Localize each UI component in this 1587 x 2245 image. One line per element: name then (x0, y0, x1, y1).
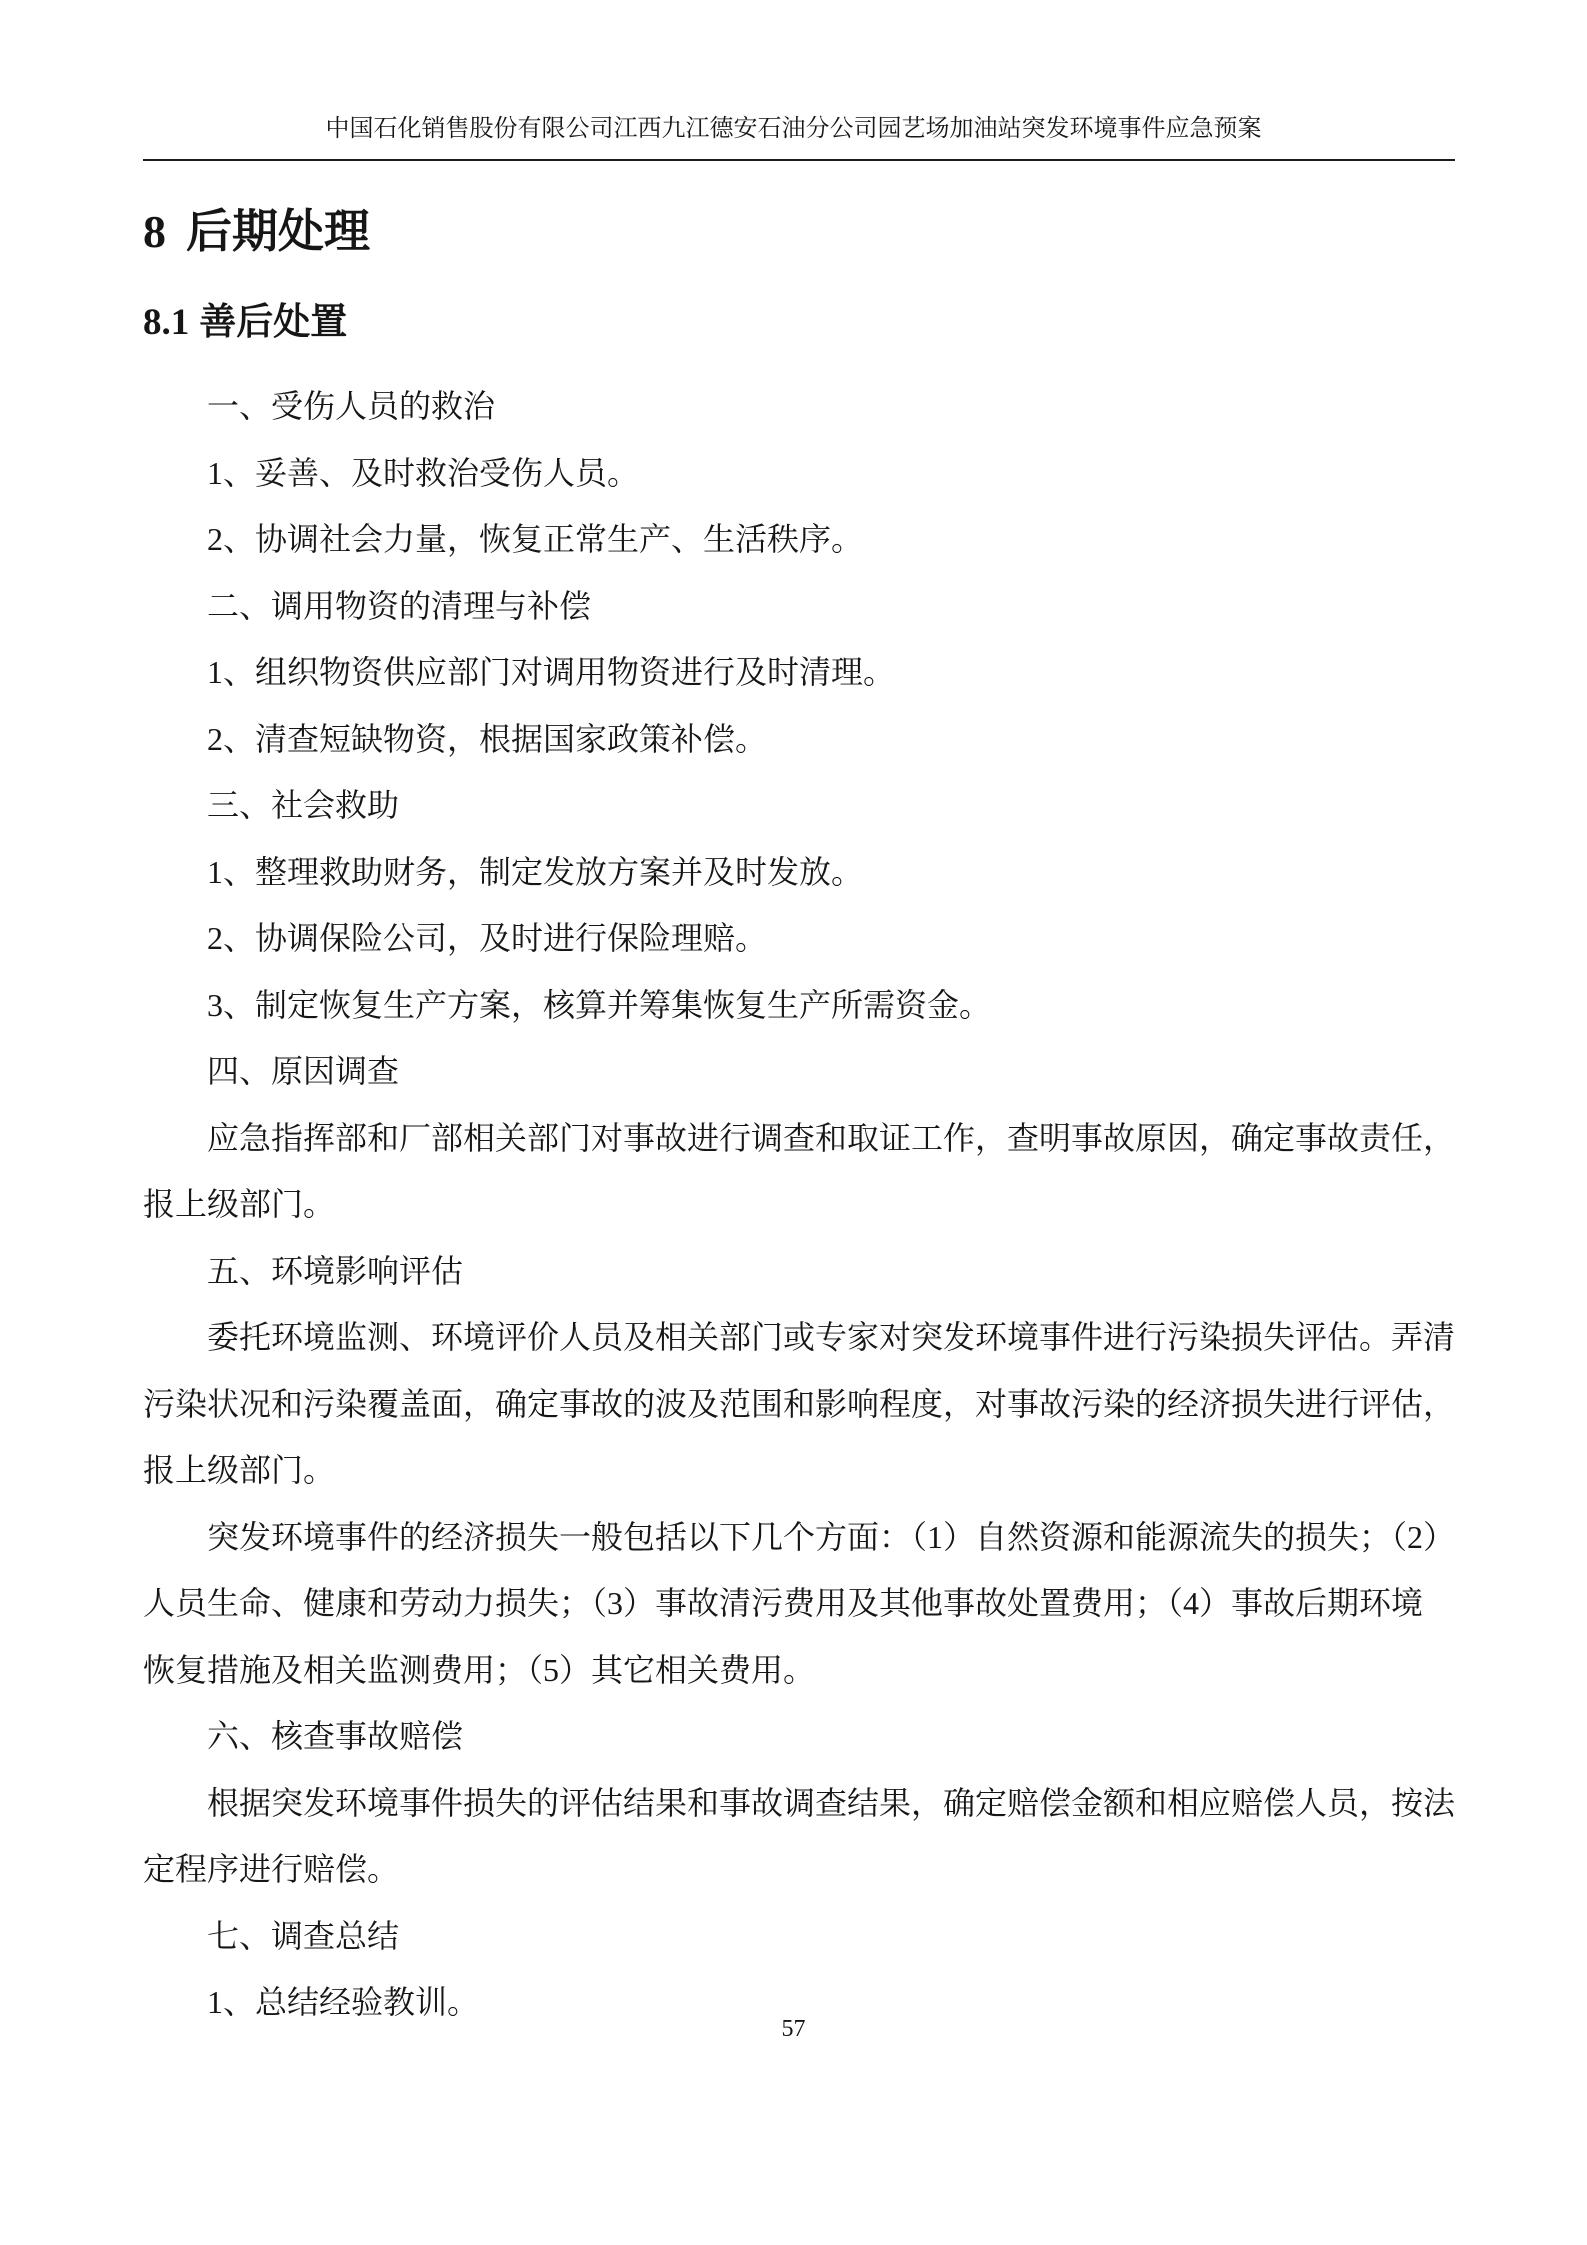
paragraph-line: 恢复措施及相关监测费用；（5）其它相关费用。 (143, 1637, 1455, 1704)
paragraph-line: 突发环境事件的经济损失一般包括以下几个方面：（1）自然资源和能源流失的损失；（2… (143, 1504, 1455, 1571)
paragraph-line: 一、受伤人员的救治 (143, 373, 1455, 440)
section-number: 8.1 (143, 302, 189, 343)
paragraph-line: 污染状况和污染覆盖面，确定事故的波及范围和影响程度，对事故污染的经济损失进行评估… (143, 1371, 1455, 1438)
paragraph-line: 1、妥善、及时救治受伤人员。 (143, 440, 1455, 507)
document-page: 中国石化销售股份有限公司江西九江德安石油分公司园艺场加油站突发环境事件应急预案 … (0, 0, 1587, 2245)
paragraph-line: 应急指挥部和厂部相关部门对事故进行调查和取证工作，查明事故原因，确定事故责任， (143, 1105, 1455, 1172)
paragraph-line: 定程序进行赔偿。 (143, 1836, 1455, 1903)
chapter-title-text: 后期处理 (186, 206, 370, 257)
document-header: 中国石化销售股份有限公司江西九江德安石油分公司园艺场加油站突发环境事件应急预案 (0, 117, 1587, 141)
paragraph-line: 根据突发环境事件损失的评估结果和事故调查结果，确定赔偿金额和相应赔偿人员，按法 (143, 1770, 1455, 1837)
paragraph-line: 人员生命、健康和劳动力损失；（3）事故清污费用及其他事故处置费用；（4）事故后期… (143, 1570, 1455, 1637)
section-title-text: 善后处置 (199, 302, 347, 343)
paragraph-line: 委托环境监测、环境评价人员及相关部门或专家对突发环境事件进行污染损失评估。弄清 (143, 1304, 1455, 1371)
paragraph-line: 五、环境影响评估 (143, 1238, 1455, 1305)
paragraph-line: 三、社会救助 (143, 772, 1455, 839)
paragraph-line: 二、调用物资的清理与补偿 (143, 573, 1455, 640)
paragraph-line: 报上级部门。 (143, 1171, 1455, 1238)
chapter-title: 8后期处理 (143, 209, 370, 255)
paragraph-line: 3、制定恢复生产方案，核算并筹集恢复生产所需资金。 (143, 972, 1455, 1039)
chapter-number: 8 (143, 206, 166, 257)
paragraph-line: 1、整理救助财务，制定发放方案并及时发放。 (143, 839, 1455, 906)
paragraph-line: 2、清查短缺物资，根据国家政策补偿。 (143, 706, 1455, 773)
paragraph-line: 2、协调社会力量，恢复正常生产、生活秩序。 (143, 506, 1455, 573)
page-number: 57 (0, 2017, 1587, 2041)
section-title: 8.1善后处置 (143, 304, 347, 341)
paragraph-line: 1、组织物资供应部门对调用物资进行及时清理。 (143, 639, 1455, 706)
paragraph-line: 六、核查事故赔偿 (143, 1703, 1455, 1770)
paragraph-line: 2、协调保险公司，及时进行保险理赔。 (143, 905, 1455, 972)
paragraph-line: 报上级部门。 (143, 1437, 1455, 1504)
body-lines: 一、受伤人员的救治1、妥善、及时救治受伤人员。2、协调社会力量，恢复正常生产、生… (143, 373, 1455, 2036)
paragraph-line: 四、原因调查 (143, 1038, 1455, 1105)
header-divider (143, 159, 1455, 161)
paragraph-line: 七、调查总结 (143, 1903, 1455, 1970)
